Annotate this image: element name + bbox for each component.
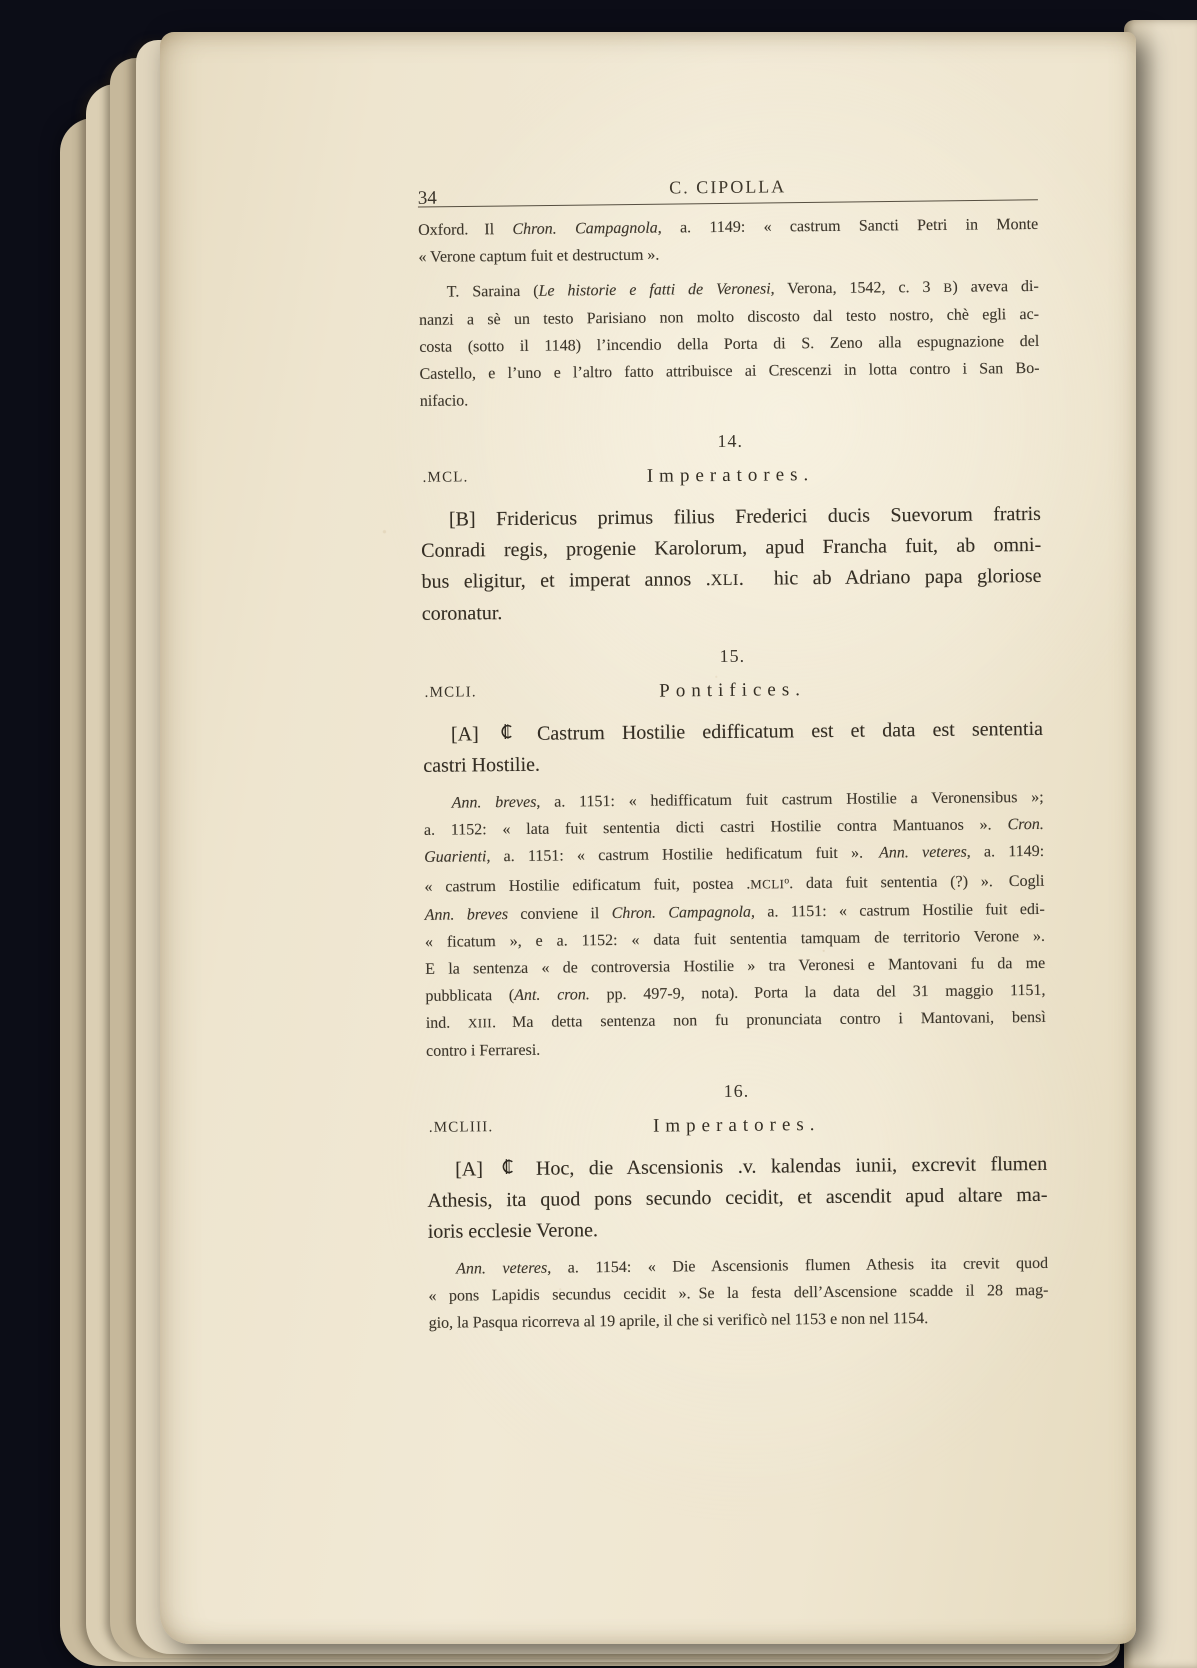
section-heading: Imperatores. xyxy=(653,1114,821,1137)
photo-background: 34 C. CIPOLLA Oxford. Il Chron. Campagno… xyxy=(0,0,1197,1668)
capitulum-icon xyxy=(500,723,513,740)
note-paragraph: Ann. veteres, a. 1154: « Die Ascensionis… xyxy=(428,1250,1049,1337)
text-line: Athesis, ita quod pons secundo cecidit, … xyxy=(427,1180,1047,1217)
entry-paragraph: [B] Fridericus primus filius Frederici d… xyxy=(421,499,1042,630)
margin-year: .MCLIII. xyxy=(429,1112,494,1143)
entry-paragraph: [A] Castrum Hostilie edifficatum est et … xyxy=(423,714,1044,782)
section-14: 14. .MCL. Imperatores. [B] Fridericus pr… xyxy=(420,425,1042,630)
text-line: ioris ecclesie Verone. xyxy=(428,1211,1048,1248)
text-line: [A] Castrum Hostilie edifficatum est et … xyxy=(423,714,1043,751)
header-rule xyxy=(418,199,1038,207)
book-page: 34 C. CIPOLLA Oxford. Il Chron. Campagno… xyxy=(160,32,1136,1644)
section-number: 15. xyxy=(422,640,1042,673)
text-line: gio, la Pasqua ricorreva al 19 aprile, i… xyxy=(429,1304,1049,1337)
text-line: coronatur. xyxy=(422,593,1042,630)
intro-paragraph-1: Oxford. Il Chron. Campagnola, a. 1149: «… xyxy=(418,211,1038,271)
text-line: ind. XIII. Ma detta sentenza non fu pron… xyxy=(426,1004,1046,1038)
section-number: 14. xyxy=(420,425,1040,458)
section-16: 16. .MCLIII. Imperatores. [A] Hoc, die A… xyxy=(426,1075,1048,1337)
text-line: castri Hostilie. xyxy=(423,745,1043,782)
text-line: bus eligitur, et imperat annos .XLI. hic… xyxy=(421,561,1041,599)
text-line: contro i Ferraresi. xyxy=(426,1032,1046,1065)
section-heading-row: .MCLI. Pontifices. xyxy=(422,673,1042,710)
page-content: 34 C. CIPOLLA Oxford. Il Chron. Campagno… xyxy=(418,169,1049,1337)
section-heading-row: .MCL. Imperatores. xyxy=(420,458,1040,495)
capitulum-icon xyxy=(501,1158,514,1175)
entry-paragraph: [A] Hoc, die Ascensionis .v. kalendas iu… xyxy=(427,1149,1048,1248)
margin-year: .MCL. xyxy=(422,462,468,492)
section-heading: Imperatores. xyxy=(647,464,815,487)
note-paragraph: Ann. breves, a. 1151: « hedifficatum fui… xyxy=(424,784,1047,1065)
page-header: 34 C. CIPOLLA xyxy=(418,169,1038,209)
intro-paragraph-2: T. Saraina (Le historie e fatti de Veron… xyxy=(419,273,1040,415)
text-line: « Verone captum fuit et destructum ». xyxy=(418,238,1038,271)
section-heading-row: .MCLIII. Imperatores. xyxy=(427,1108,1047,1145)
section-heading: Pontifices. xyxy=(659,679,806,701)
section-number: 16. xyxy=(426,1075,1046,1108)
section-15: 15. .MCLI. Pontifices. [A] Castrum Hosti… xyxy=(422,640,1046,1065)
margin-year: .MCLI. xyxy=(424,677,476,707)
running-head: C. CIPOLLA xyxy=(418,169,1038,201)
